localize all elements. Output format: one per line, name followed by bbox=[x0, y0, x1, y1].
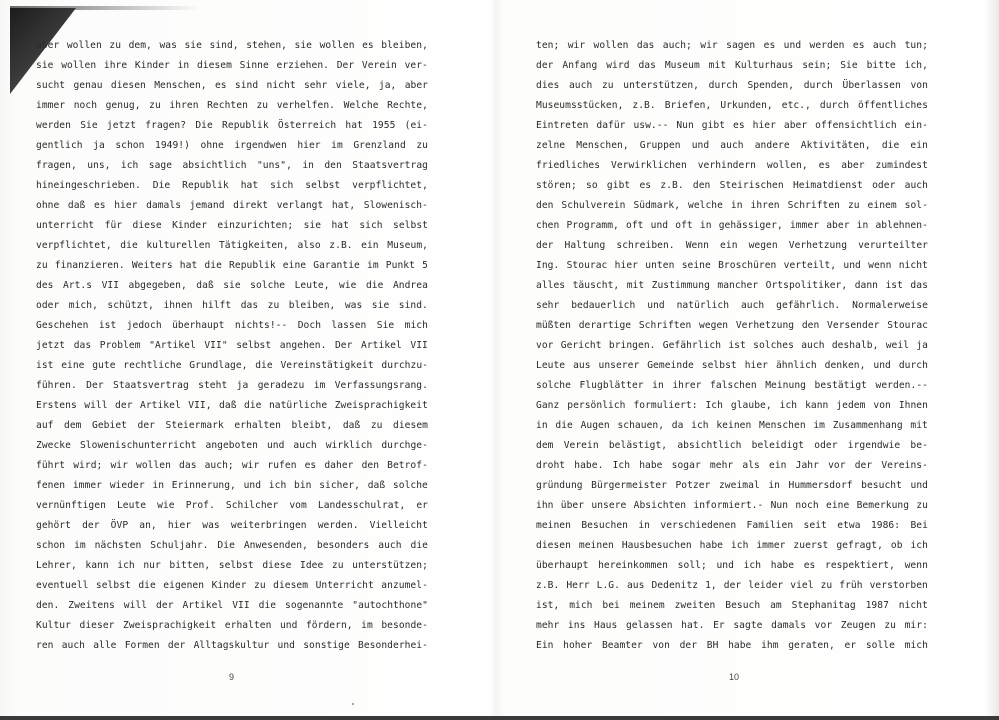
word: nicht bbox=[899, 596, 928, 616]
word: erhalten bbox=[234, 416, 281, 436]
word: der bbox=[724, 576, 741, 596]
word: es bbox=[215, 76, 227, 96]
word: ich bbox=[121, 156, 138, 176]
word: 1987 bbox=[866, 596, 889, 616]
word: Gericht bbox=[561, 336, 602, 356]
word: zu bbox=[109, 36, 121, 56]
word: den bbox=[324, 156, 341, 176]
word: aus bbox=[627, 576, 644, 596]
word: genug, bbox=[106, 96, 141, 116]
word: alles bbox=[536, 276, 565, 296]
word: früh bbox=[839, 576, 862, 596]
text-line: müßtenderartigeSchriftenwegenVerhetzungd… bbox=[536, 316, 928, 336]
word: in bbox=[638, 516, 650, 536]
word: ein bbox=[720, 236, 737, 256]
word: Broschüren bbox=[718, 256, 776, 276]
word: irgendwen bbox=[234, 136, 286, 156]
word: habe bbox=[771, 556, 794, 576]
word: über bbox=[561, 496, 584, 516]
word: in bbox=[700, 216, 712, 236]
word: Kinder bbox=[172, 216, 207, 236]
word: wollen bbox=[136, 456, 171, 476]
word: Zwecke bbox=[36, 436, 71, 456]
word: absichtlich bbox=[677, 436, 741, 456]
word: verhelfen. bbox=[277, 96, 335, 116]
word: wieder bbox=[110, 476, 145, 496]
word: führt bbox=[36, 456, 65, 476]
word: geradezu bbox=[258, 376, 305, 396]
word: durchge- bbox=[381, 436, 428, 456]
word: sol- bbox=[905, 196, 928, 216]
word: solche bbox=[393, 476, 428, 496]
word: solle bbox=[866, 636, 895, 656]
word: mehr bbox=[710, 456, 733, 476]
word: er bbox=[416, 496, 428, 516]
word: Anfang bbox=[562, 56, 597, 76]
word: ablehnen- bbox=[875, 216, 927, 236]
word: 1955 bbox=[372, 116, 395, 136]
word: sogenannte bbox=[285, 596, 343, 616]
word: Aktivitäten, bbox=[801, 136, 871, 156]
word: durch bbox=[899, 356, 928, 376]
word: hat bbox=[241, 176, 258, 196]
left-page-text: aberwollenzudem,wassiesind,stehen,siewol… bbox=[36, 36, 428, 656]
word: hier bbox=[114, 196, 137, 216]
text-line: werdenSiejetztfragen?DieRepublikÖsterrei… bbox=[36, 116, 428, 136]
word: Verein bbox=[362, 56, 397, 76]
word: sie bbox=[304, 216, 321, 236]
word: Augen bbox=[581, 416, 610, 436]
word: auch bbox=[801, 336, 824, 356]
word: selbst bbox=[96, 576, 131, 596]
page-number-left: 9 bbox=[229, 672, 234, 682]
word: noch bbox=[74, 96, 97, 116]
word: und bbox=[244, 476, 261, 496]
word: mit bbox=[709, 56, 726, 76]
word: ohne bbox=[36, 196, 59, 216]
word: daß bbox=[343, 416, 360, 436]
scan-bottom-edge bbox=[0, 716, 999, 720]
word: eine bbox=[283, 256, 306, 276]
word: weiterbringen bbox=[231, 516, 307, 536]
word: in bbox=[768, 476, 780, 496]
word: verpflichtet, bbox=[36, 236, 112, 256]
word: und bbox=[280, 616, 297, 636]
word: (ei- bbox=[405, 116, 428, 136]
word: auf bbox=[36, 416, 53, 436]
text-line: desArt.sVIIabgegeben,daßsiesolcheLeute,w… bbox=[36, 276, 428, 296]
word: sonstige bbox=[303, 636, 350, 656]
word: selbst bbox=[393, 216, 428, 236]
word: und bbox=[716, 556, 733, 576]
word: mit bbox=[910, 416, 927, 436]
word: von bbox=[652, 636, 669, 656]
word: werden. bbox=[318, 516, 359, 536]
word: werden bbox=[810, 36, 845, 56]
word: zu bbox=[371, 416, 383, 436]
text-line: sehrbedauerlichundnatürlichauchgefährlic… bbox=[536, 296, 928, 316]
word: hat bbox=[331, 216, 348, 236]
word: absichtlich bbox=[182, 156, 246, 176]
word: selbst bbox=[305, 176, 340, 196]
word: Gruppen bbox=[640, 136, 681, 156]
word: glaube, bbox=[731, 396, 772, 416]
word: ich bbox=[744, 556, 761, 576]
word: Normalerweise bbox=[852, 296, 928, 316]
text-line: stören;sogibtesz.B.denSteirischenHeimatd… bbox=[536, 176, 928, 196]
text-line: isteineguterechtlicheGrundlage,dieVerein… bbox=[36, 356, 428, 376]
word: Potzer bbox=[675, 476, 710, 496]
word: verteilt, bbox=[784, 256, 836, 276]
word: überhaupt bbox=[536, 556, 588, 576]
word: es bbox=[804, 556, 816, 576]
word: Punkt bbox=[386, 256, 415, 276]
word: Überlassen bbox=[843, 76, 901, 96]
word: im bbox=[813, 416, 825, 436]
word: wegen bbox=[699, 316, 728, 336]
word: usw.-- bbox=[633, 116, 668, 136]
word: Stourac bbox=[567, 256, 608, 276]
word: jedoch bbox=[127, 316, 162, 336]
word: mancher bbox=[717, 276, 758, 296]
text-line: demVereinbelästigt,absichtlichbeleidigto… bbox=[536, 436, 928, 456]
word: ähnlich bbox=[776, 356, 817, 376]
word: aber bbox=[841, 156, 864, 176]
word: Zustimmung bbox=[652, 276, 710, 296]
word: deshalb, bbox=[832, 336, 879, 356]
word: durch bbox=[820, 96, 849, 116]
word: diesen bbox=[536, 536, 571, 556]
text-line: verpflichtet,diekulturellenTätigkeiten,a… bbox=[36, 236, 428, 256]
word: direkt bbox=[233, 196, 268, 216]
text-line: führtwird;wirwollendasauch;wirrufenesdah… bbox=[36, 456, 428, 476]
text-line: den.ZweitenswillderArtikelVIIdiesogenann… bbox=[36, 596, 428, 616]
text-line: derAnfangwirddasMuseummitKulturhaussein;… bbox=[536, 56, 928, 76]
word: daß bbox=[68, 196, 85, 216]
word: wenn bbox=[868, 256, 891, 276]
word: hat, bbox=[332, 196, 355, 216]
word: Zusammenhang bbox=[833, 416, 903, 436]
word: sein; bbox=[802, 56, 831, 76]
word: Nun bbox=[676, 116, 693, 136]
word: das bbox=[910, 276, 927, 296]
word: ich, bbox=[905, 56, 928, 76]
word: damals bbox=[146, 196, 181, 216]
word: Leute bbox=[536, 356, 565, 376]
word: immer bbox=[790, 216, 819, 236]
word: Ihnen bbox=[899, 396, 928, 416]
text-line: ohnedaßeshierdamalsjemanddirektverlangth… bbox=[36, 196, 428, 216]
word: chen bbox=[536, 216, 559, 236]
word: rechtliche bbox=[123, 356, 181, 376]
word: Flugblätter bbox=[580, 376, 644, 396]
text-line: Ing.StourachieruntenseineBroschürenverte… bbox=[536, 256, 928, 276]
word: bleibt, bbox=[291, 416, 332, 436]
word: gehört bbox=[36, 516, 71, 536]
word: schützt, bbox=[107, 296, 154, 316]
word: verurteilter bbox=[858, 236, 928, 256]
word: Sie bbox=[80, 116, 97, 136]
word: 1949!) bbox=[155, 136, 190, 156]
word: der bbox=[536, 56, 553, 76]
word: gute bbox=[92, 356, 115, 376]
text-line: siewollenihreKinderindiesemSinneerziehen… bbox=[36, 56, 428, 76]
text-line: Eintretendafürusw.--Nungibteshieraberoff… bbox=[536, 116, 928, 136]
text-line: mehrinsHausgelassenhat.ErsagtedamalsvorZ… bbox=[536, 616, 928, 636]
word: des bbox=[36, 276, 53, 296]
word: sucht bbox=[36, 76, 65, 96]
word: gelassen bbox=[626, 616, 673, 636]
word: erhalten bbox=[225, 616, 272, 636]
word: es bbox=[819, 156, 831, 176]
word: und bbox=[784, 36, 801, 56]
text-line: EinhoherBeamtervonderBHhabeihmgeraten,er… bbox=[536, 636, 928, 656]
word: gibt bbox=[702, 116, 725, 136]
word: vor bbox=[815, 616, 832, 636]
word: mich bbox=[405, 316, 428, 336]
word: den. bbox=[36, 596, 59, 616]
word: er bbox=[845, 636, 857, 656]
word: die bbox=[366, 276, 383, 296]
word: etc., bbox=[782, 96, 811, 116]
word: Wenn bbox=[686, 236, 709, 256]
word: Menschen, bbox=[154, 76, 206, 96]
word: zu bbox=[416, 136, 428, 156]
word: rufen bbox=[267, 456, 296, 476]
text-line: zufinanzieren.WeitershatdieRepublikeineG… bbox=[36, 256, 428, 276]
word: zweiten bbox=[675, 596, 716, 616]
word: selbst bbox=[702, 356, 737, 376]
word: Nun bbox=[771, 496, 788, 516]
word: angehen. bbox=[280, 336, 327, 356]
word: zu bbox=[916, 496, 928, 516]
text-line: gründungBürgermeisterPotzerzweimalinHumm… bbox=[536, 476, 928, 496]
word: von bbox=[873, 396, 890, 416]
word: keinen bbox=[716, 416, 751, 436]
word: Kulturhaus bbox=[735, 56, 793, 76]
word: Menschen, bbox=[576, 136, 628, 156]
word: auch bbox=[62, 636, 85, 656]
word: wollen bbox=[67, 36, 102, 56]
word: der bbox=[855, 456, 872, 476]
word: ihren bbox=[751, 196, 780, 216]
word: Ich bbox=[705, 396, 722, 416]
word: habe bbox=[639, 456, 662, 476]
word: sie bbox=[36, 56, 53, 76]
text-line: odermich,schützt,ihnenhilftdaszubleiben,… bbox=[36, 296, 428, 316]
word: wollen bbox=[320, 36, 355, 56]
word: eventuell bbox=[36, 576, 88, 596]
text-line: chenProgramm,oftundoftingehässiger,immer… bbox=[536, 216, 928, 236]
word: den bbox=[693, 176, 710, 196]
word: die bbox=[204, 256, 221, 276]
word: nichts!-- bbox=[235, 316, 287, 336]
word: wollen, bbox=[767, 156, 808, 176]
word: VII, bbox=[188, 396, 211, 416]
word: vor bbox=[536, 336, 553, 356]
word: auch bbox=[873, 36, 896, 56]
word: in bbox=[857, 216, 869, 236]
word: an, bbox=[139, 516, 156, 536]
word: Leute, bbox=[295, 276, 330, 296]
word: viele, bbox=[336, 76, 371, 96]
text-line: ihnüberunsereAbsichteninformiert.-Nunnoc… bbox=[536, 496, 928, 516]
word: besonders bbox=[317, 536, 369, 556]
word: und bbox=[873, 356, 890, 376]
word: Der bbox=[86, 376, 103, 396]
word: Bürgermeister bbox=[591, 476, 667, 496]
word: nicht bbox=[267, 76, 296, 96]
word: mit bbox=[627, 276, 644, 296]
word: diese bbox=[262, 556, 291, 576]
word: 1986: bbox=[871, 516, 900, 536]
word: jedem bbox=[836, 396, 865, 416]
word: BH bbox=[707, 636, 719, 656]
word: die bbox=[244, 396, 261, 416]
word: solches bbox=[753, 336, 794, 356]
word: welche bbox=[688, 196, 723, 216]
word: und bbox=[843, 256, 860, 276]
word: weil bbox=[886, 336, 909, 356]
word: besucht bbox=[861, 476, 902, 496]
word: be- bbox=[910, 436, 927, 456]
word: Republik bbox=[182, 176, 229, 196]
word: nicht bbox=[899, 256, 928, 276]
word: bleiben, bbox=[289, 296, 336, 316]
text-line: suchtgenaudiesenMenschen,essindnichtsehr… bbox=[36, 76, 428, 96]
word: ist bbox=[728, 336, 745, 356]
word: Jahr bbox=[796, 456, 819, 476]
word: Rechten bbox=[207, 96, 248, 116]
word: schreiben. bbox=[616, 236, 674, 256]
word: es bbox=[305, 456, 317, 476]
text-line: schonimnächstenSchuljahr.DieAnwesenden,b… bbox=[36, 536, 428, 556]
word: ist bbox=[36, 356, 53, 376]
word: hat bbox=[345, 116, 362, 136]
word: durchzu- bbox=[381, 356, 428, 376]
word: Artikel bbox=[182, 596, 223, 616]
word: Grundlage, bbox=[189, 356, 247, 376]
word: ja, bbox=[379, 76, 396, 96]
word: die bbox=[555, 416, 572, 436]
word: zu bbox=[821, 576, 833, 596]
word: zu bbox=[332, 556, 344, 576]
word: Formen bbox=[125, 636, 160, 656]
word: als bbox=[742, 456, 759, 476]
text-line: drohthabe.IchhabesogarmehralseinJahrvord… bbox=[536, 456, 928, 476]
word: kulturellen bbox=[146, 236, 210, 256]
word: es bbox=[764, 36, 776, 56]
word: was bbox=[202, 516, 219, 536]
word: wie bbox=[339, 276, 356, 296]
word: ja bbox=[237, 376, 249, 396]
text-line: ZweckeSlowenischunterrichtangebotenundau… bbox=[36, 436, 428, 456]
word: auch bbox=[293, 436, 316, 456]
word: natürlich bbox=[677, 296, 729, 316]
word: ich bbox=[910, 536, 927, 556]
word: Slowenisch- bbox=[364, 196, 428, 216]
text-line: Museumsstücken,z.B.Briefen,Urkunden,etc.… bbox=[536, 96, 928, 116]
word: seine bbox=[682, 256, 711, 276]
word: Welche bbox=[344, 96, 379, 116]
word: abgegeben, bbox=[129, 276, 187, 296]
text-line: friedlichesVerwirklichenverhindernwollen… bbox=[536, 156, 928, 176]
word: Sinne bbox=[240, 56, 269, 76]
word: durch bbox=[804, 76, 833, 96]
text-line: Lehrer,kannichnurbitten,selbstdieseIdeez… bbox=[36, 556, 428, 576]
word: meinem bbox=[630, 596, 665, 616]
word: das bbox=[637, 36, 654, 56]
word: Gebiet bbox=[92, 416, 127, 436]
word: friedliches bbox=[536, 156, 600, 176]
word: Zweisprachigkeit bbox=[123, 616, 216, 636]
word: oder bbox=[36, 296, 59, 316]
word: Republik bbox=[222, 116, 269, 136]
text-line: überhaupthereinkommensoll;undichhabeesre… bbox=[536, 556, 928, 576]
word: bei bbox=[602, 596, 619, 616]
word: Anwesenden, bbox=[244, 536, 308, 556]
word: Gefährlich bbox=[663, 336, 721, 356]
word: hoher bbox=[563, 636, 592, 656]
word: ob bbox=[891, 536, 903, 556]
word: Unterricht bbox=[316, 576, 374, 596]
word: der bbox=[156, 596, 173, 616]
word: Urkunden, bbox=[720, 96, 772, 116]
word: so bbox=[586, 176, 598, 196]
word: diesem bbox=[197, 56, 232, 76]
word: ein bbox=[361, 236, 378, 256]
word: denken, bbox=[825, 356, 866, 376]
text-line: aberwollenzudem,wassiesind,stehen,siewol… bbox=[36, 36, 428, 56]
word: der bbox=[680, 636, 697, 656]
word: es bbox=[362, 36, 374, 56]
word: werden.-- bbox=[876, 376, 928, 396]
word: oft bbox=[626, 216, 643, 236]
word: zu bbox=[884, 616, 896, 636]
word: wir bbox=[700, 36, 717, 56]
word: unterstützen, bbox=[623, 76, 699, 96]
word: sagte bbox=[733, 616, 762, 636]
word: Besuchen bbox=[581, 516, 628, 536]
word: daß bbox=[368, 476, 385, 496]
word: wollen bbox=[594, 36, 629, 56]
word: Die bbox=[217, 536, 234, 556]
word: sehr bbox=[304, 76, 327, 96]
word: Haltung bbox=[565, 236, 606, 256]
word: Die bbox=[195, 116, 212, 136]
word: sind, bbox=[210, 36, 239, 56]
word: den bbox=[802, 316, 819, 336]
word: der bbox=[82, 516, 99, 536]
word: ist bbox=[885, 276, 902, 296]
word: Besonderhei- bbox=[358, 636, 428, 656]
word: tun; bbox=[905, 36, 928, 56]
word: ich bbox=[731, 536, 748, 556]
word: einzurichten; bbox=[217, 216, 293, 236]
word: Rechte, bbox=[387, 96, 428, 116]
word: alle bbox=[93, 636, 116, 656]
word: die bbox=[138, 576, 155, 596]
word: ihre bbox=[104, 56, 127, 76]
word: führen. bbox=[36, 376, 77, 396]
word: Leute bbox=[117, 496, 146, 516]
word: Familien bbox=[747, 516, 794, 536]
word: 5 bbox=[422, 256, 428, 276]
word: im bbox=[314, 376, 326, 396]
word: oft bbox=[675, 216, 692, 236]
word: vor bbox=[828, 456, 845, 476]
word: z.B. bbox=[632, 96, 655, 116]
